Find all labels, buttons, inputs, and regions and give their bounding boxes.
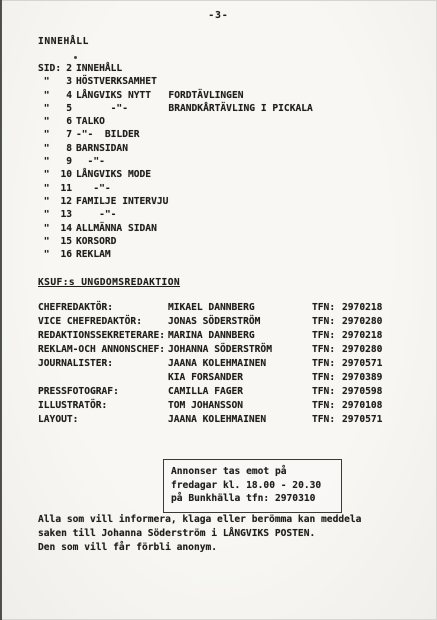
toc-marker: " (38, 115, 60, 128)
staff-tfn-number: 2970218 (342, 301, 382, 315)
toc-marker: " (38, 168, 60, 181)
staff-tfn-label: TFN: (312, 413, 342, 427)
staff-tfn-label: TFN: (312, 357, 342, 371)
toc-marker: SID: (38, 62, 60, 75)
staff-tfn-label: TFN: (312, 399, 342, 413)
staff-name: MIKAEL DANNBERG (168, 301, 312, 315)
toc-marker: " (38, 208, 60, 221)
staff-row: PRESSFOTOGRAF:CAMILLA FAGERTFN:2970598 (38, 385, 382, 399)
staff-name: JOHANNA SÖDERSTRÖM (168, 343, 312, 357)
staff-tfn-number: 2970280 (342, 343, 382, 357)
toc-row: "13 -"- (38, 208, 313, 221)
staff-tfn-label: TFN: (312, 329, 342, 343)
toc-title: ALLMÄNNA SIDAN (76, 222, 157, 235)
toc-row: "14ALLMÄNNA SIDAN (38, 222, 313, 235)
toc-page-num: 3 (60, 75, 72, 88)
toc-row: "15KORSORD (38, 235, 313, 248)
staff-role: PRESSFOTOGRAF: (38, 385, 168, 399)
staff-role: JOURNALISTER: (38, 357, 168, 371)
toc-marker: " (38, 128, 60, 141)
toc-marker: " (38, 155, 60, 168)
toc-row: "6TALKO (38, 115, 313, 128)
staff-row: KIA FORSANDERTFN:2970389 (38, 371, 382, 385)
scanned-newsletter-page: -3- INNEHÅLL SID:2INNEHÅLL "3HÖSTVERKSAM… (0, 0, 437, 620)
footer-paragraph: Alla som vill informera, klaga eller ber… (38, 513, 361, 555)
toc-marker: " (38, 248, 60, 261)
toc-title: REKLAM (76, 248, 111, 261)
staff-list: CHEFREDAKTÖR:MIKAEL DANNBERGTFN:2970218 … (38, 301, 382, 427)
staff-role: REDAKTIONSSEKRETERARE: (38, 329, 168, 343)
staff-tfn-number: 2970598 (342, 385, 382, 399)
toc-title: HÖSTVERKSAMHET (76, 75, 157, 88)
toc-marker: " (38, 195, 60, 208)
toc-row: "16REKLAM (38, 248, 313, 261)
footer-line: Den som vill får förbli anonym. (38, 541, 361, 555)
staff-row: JOURNALISTER:JAANA KOLEHMAINENTFN:297057… (38, 357, 382, 371)
toc-page-num: 15 (60, 235, 72, 248)
toc-title: -"- BILDER (76, 128, 140, 141)
toc-marker: " (38, 102, 60, 115)
toc-title: LÅNGVIKS MODE (76, 168, 151, 181)
toc-title: -"- (76, 182, 111, 195)
toc-marker: " (38, 182, 60, 195)
toc-title: KORSORD (76, 235, 116, 248)
toc-page-num: 6 (60, 115, 72, 128)
toc-row: "7-"- BILDER (38, 128, 313, 141)
toc-marker: " (38, 235, 60, 248)
notice-line: Annonser tas emot på (171, 465, 341, 479)
staff-tfn-number: 2970108 (342, 399, 382, 413)
contents-heading: INNEHÅLL (38, 36, 89, 47)
staff-name: JONAS SÖDERSTRÖM (168, 315, 312, 329)
staff-tfn-number: 2970389 (342, 371, 382, 385)
staff-row: REKLAM-OCH ANNONSCHEF:JOHANNA SÖDERSTRÖM… (38, 343, 382, 357)
staff-tfn-label: TFN: (312, 301, 342, 315)
notice-line: fredagar kl. 18.00 - 20.30 (171, 479, 341, 493)
page-number: -3- (0, 10, 437, 21)
staff-row: ILLUSTRATÖR:TOM JOHANSSONTFN:2970108 (38, 399, 382, 413)
toc-title: -"- (76, 208, 116, 221)
toc-page-num: 7 (60, 128, 72, 141)
staff-tfn-number: 2970571 (342, 357, 382, 371)
toc-row: "11 -"- (38, 182, 313, 195)
staff-row: VICE CHEFREDAKTÖR:JONAS SÖDERSTRÖMTFN:29… (38, 315, 382, 329)
toc-page-num: 11 (60, 182, 72, 195)
advert-notice-box: Annonser tas emot på fredagar kl. 18.00 … (163, 459, 342, 513)
staff-tfn-number: 2970280 (342, 315, 382, 329)
toc-title: -"- (76, 155, 105, 168)
toc-page-num: 8 (60, 142, 72, 155)
toc-marker: " (38, 75, 60, 88)
toc-title: INNEHÅLL (76, 62, 122, 75)
staff-row: LAYOUT:JAANA KOLEHMAINENTFN:2970571 (38, 413, 382, 427)
staff-name: MARINA DANNBERG (168, 329, 312, 343)
toc-title: LÅNGVIKS NYTT FORDTÄVLINGEN (76, 89, 244, 102)
ink-speck (74, 56, 77, 59)
toc-row: "10LÅNGVIKS MODE (38, 168, 313, 181)
table-of-contents: SID:2INNEHÅLL "3HÖSTVERKSAMHET "4LÅNGVIK… (38, 62, 313, 261)
staff-section-heading: KSUF:s UNGDOMSREDAKTION (38, 277, 180, 288)
staff-role: VICE CHEFREDAKTÖR: (38, 315, 168, 329)
staff-name: CAMILLA FAGER (168, 385, 312, 399)
staff-name: JAANA KOLEHMAINEN (168, 357, 312, 371)
toc-row: "4LÅNGVIKS NYTT FORDTÄVLINGEN (38, 89, 313, 102)
staff-tfn-number: 2970218 (342, 329, 382, 343)
toc-marker: " (38, 89, 60, 102)
toc-page-num: 5 (60, 102, 72, 115)
toc-marker: " (38, 142, 60, 155)
toc-title: -"- BRANDKÅRTÄVLING I PICKALA (76, 102, 313, 115)
toc-title: FAMILJE INTERVJU (76, 195, 168, 208)
staff-tfn-label: TFN: (312, 315, 342, 329)
toc-page-num: 16 (60, 248, 72, 261)
scan-edge-artifact (0, 0, 2, 620)
toc-row: "8BARNSIDAN (38, 142, 313, 155)
toc-page-num: 14 (60, 222, 72, 235)
staff-tfn-label: TFN: (312, 371, 342, 385)
staff-tfn-number: 2970571 (342, 413, 382, 427)
staff-row: CHEFREDAKTÖR:MIKAEL DANNBERGTFN:2970218 (38, 301, 382, 315)
staff-role: CHEFREDAKTÖR: (38, 301, 168, 315)
staff-row: REDAKTIONSSEKRETERARE:MARINA DANNBERGTFN… (38, 329, 382, 343)
toc-row: SID:2INNEHÅLL (38, 62, 313, 75)
staff-name: TOM JOHANSSON (168, 399, 312, 413)
staff-role: ILLUSTRATÖR: (38, 399, 168, 413)
staff-tfn-label: TFN: (312, 343, 342, 357)
toc-title: BARNSIDAN (76, 142, 128, 155)
toc-page-num: 12 (60, 195, 72, 208)
toc-row: "5 -"- BRANDKÅRTÄVLING I PICKALA (38, 102, 313, 115)
toc-page-num: 4 (60, 89, 72, 102)
footer-line: saken till Johanna Söderström i LÅNGVIKS… (38, 527, 361, 541)
staff-name: KIA FORSANDER (168, 371, 312, 385)
toc-page-num: 2 (60, 62, 72, 75)
staff-role: LAYOUT: (38, 413, 168, 427)
toc-row: "12FAMILJE INTERVJU (38, 195, 313, 208)
toc-page-num: 9 (60, 155, 72, 168)
toc-row: "3HÖSTVERKSAMHET (38, 75, 313, 88)
toc-title: TALKO (76, 115, 105, 128)
toc-page-num: 13 (60, 208, 72, 221)
staff-tfn-label: TFN: (312, 385, 342, 399)
toc-page-num: 10 (60, 168, 72, 181)
toc-row: "9 -"- (38, 155, 313, 168)
footer-line: Alla som vill informera, klaga eller ber… (38, 513, 361, 527)
toc-marker: " (38, 222, 60, 235)
notice-line: på Bunkhälla tfn: 2970310 (171, 492, 341, 506)
staff-role: REKLAM-OCH ANNONSCHEF: (38, 343, 168, 357)
staff-name: JAANA KOLEHMAINEN (168, 413, 312, 427)
